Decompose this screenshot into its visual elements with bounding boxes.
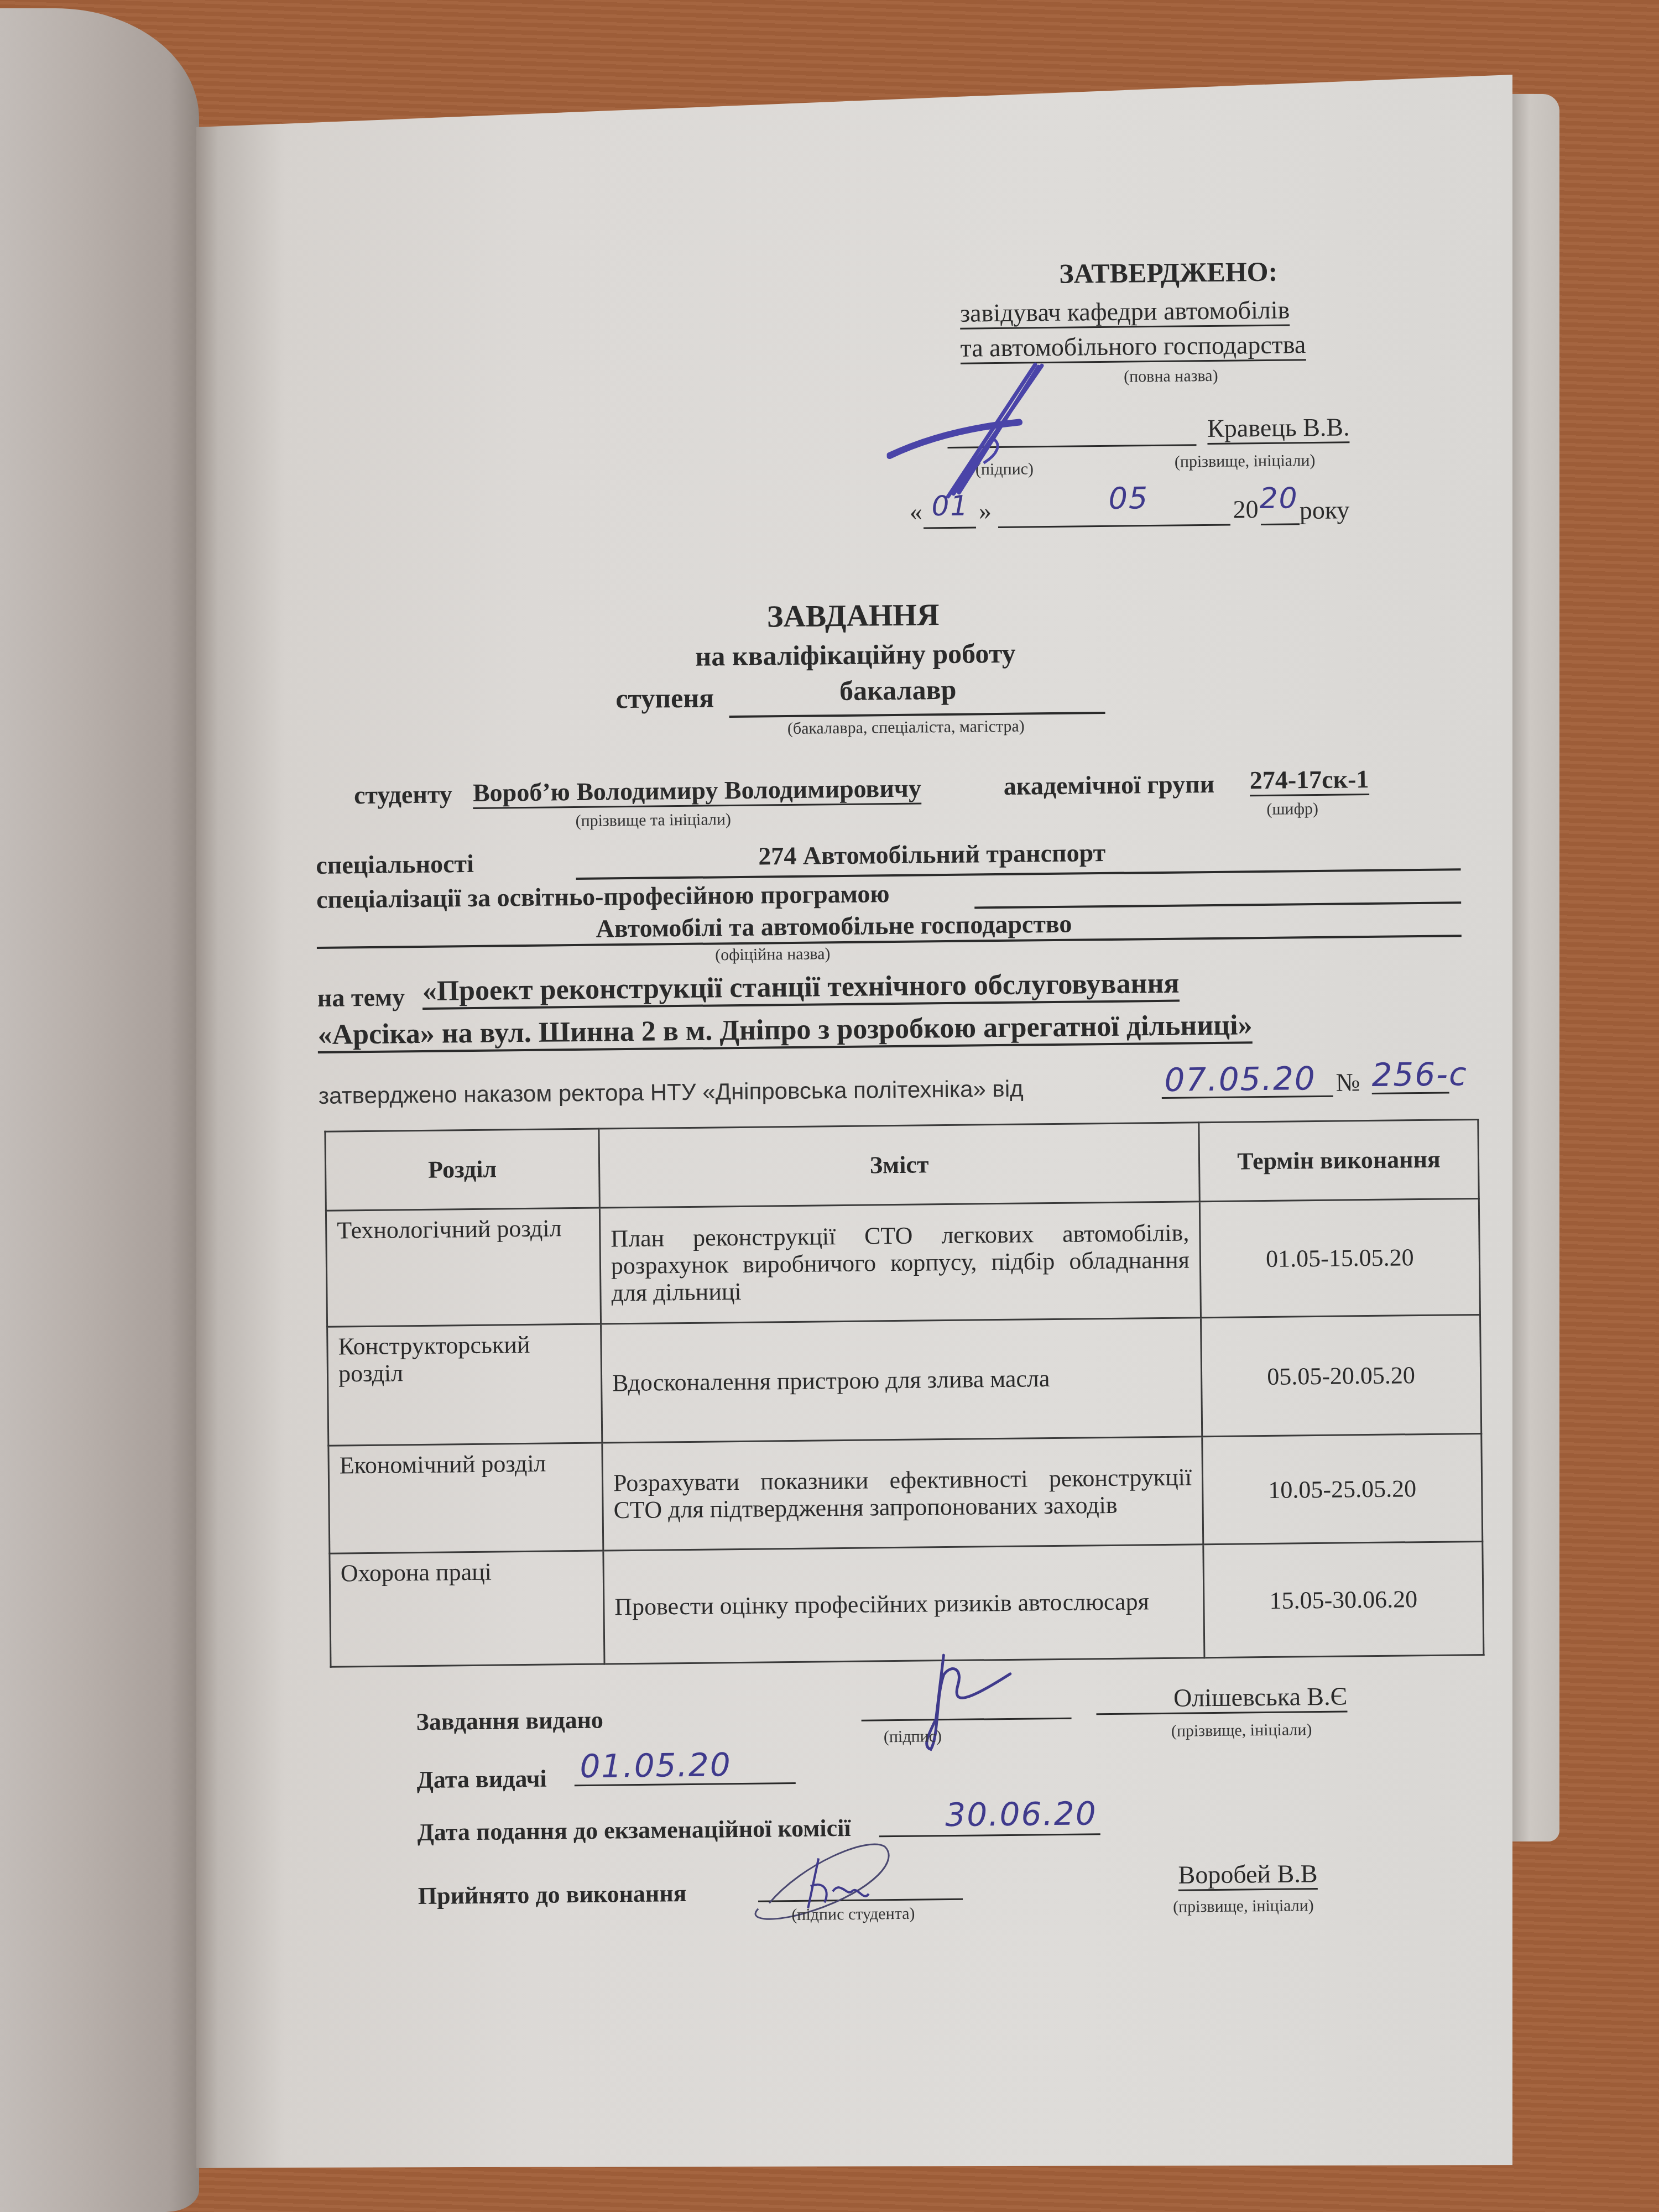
approval-month-line [998, 524, 1230, 528]
row-content: Провести оцінку професійних ризиків авто… [603, 1545, 1204, 1664]
specialty-label: спеціальності [316, 849, 474, 880]
row-content: Розрахувати показники ефективності рекон… [602, 1437, 1203, 1551]
approval-year-line [1261, 523, 1300, 525]
group-label: академічної групи [1004, 769, 1215, 801]
row-term: 10.05-25.05.20 [1202, 1433, 1483, 1544]
approval-date-open-quote: « [909, 497, 922, 526]
order-date[interactable]: 07.05.20 [1164, 1060, 1316, 1099]
group-caption: (шифр) [1266, 800, 1318, 819]
degree-caption: (бакалавра, спеціаліста, магістра) [787, 717, 1025, 738]
approval-day-line [924, 526, 976, 529]
specialization-value: Автомобілі та автомобільне господарство [596, 909, 1072, 943]
row-section: Технологічний розділ [326, 1208, 601, 1327]
document-title: ЗАВДАННЯ [766, 597, 939, 634]
head-of-department-signature-icon [886, 360, 1065, 500]
underlying-pages [1510, 94, 1559, 1841]
row-term: 15.05-30.06.20 [1203, 1541, 1484, 1657]
topic-line2: «Арсіка» на вул. Шинна 2 в м. Дніпро з р… [317, 1009, 1253, 1053]
group-code: 274-17ск-1 [1250, 764, 1369, 796]
row-section: Охорона праці [330, 1551, 604, 1667]
approval-position-caption: (повна назва) [1124, 367, 1218, 387]
row-section: Конструкторський розділ [327, 1324, 602, 1446]
accepted-name-caption: (прізвище, ініціали) [1173, 1896, 1314, 1917]
table-row: Економічний розділ Розрахувати показники… [328, 1433, 1483, 1553]
approval-date-month[interactable]: 05 [1108, 481, 1149, 516]
issued-name-caption: (прізвище, ініціали) [1171, 1720, 1312, 1741]
approval-date-close-quote: » [978, 496, 992, 525]
row-content: План реконструкції СТО легкових автомобі… [599, 1202, 1201, 1324]
table-row: Охорона праці Провести оцінку професійни… [330, 1541, 1484, 1667]
order-number-label: № [1335, 1067, 1360, 1097]
table-header-row: Розділ Зміст Термін виконання [325, 1119, 1479, 1211]
accepted-signature-caption: (підпис студента) [791, 1905, 915, 1924]
approval-name-caption: (прізвище, ініціали) [1175, 451, 1316, 472]
specialization-line-1 [974, 901, 1461, 909]
header-term: Термін виконання [1199, 1119, 1479, 1201]
approval-year-suffix[interactable]: 20 [1259, 482, 1298, 515]
approval-year-prefix: 20 [1233, 494, 1259, 524]
accepted-label: Прийнято до виконання [418, 1879, 687, 1910]
header-section: Розділ [325, 1129, 599, 1211]
specialization-caption: (офіційна назва) [715, 945, 831, 964]
approval-date-day[interactable]: 01 [931, 490, 969, 523]
table-row: Технологічний розділ План реконструкції … [326, 1198, 1480, 1327]
assignment-form: ЗАТВЕРДЖЕНО: завідувач кафедри автомобіл… [310, 253, 1489, 1980]
student-name-caption: (прізвище та ініціали) [575, 810, 731, 831]
issued-signature-caption: (підпис) [884, 1727, 942, 1746]
header-content: Зміст [599, 1123, 1199, 1208]
row-section: Економічний розділ [328, 1443, 603, 1553]
order-text: затверджено наказом ректора НТУ «Дніпров… [318, 1076, 1023, 1109]
row-term: 05.05-20.05.20 [1201, 1314, 1481, 1436]
approval-position-line2: та автомобільного господарства [960, 330, 1306, 364]
topic-label: на тему [317, 982, 405, 1013]
issue-date-label: Дата видачі [416, 1765, 546, 1794]
approval-position-line1: завідувач кафедри автомобілів [960, 295, 1290, 329]
document-subtitle: на кваліфікаційну роботу [695, 637, 1016, 672]
issue-date[interactable]: 01.05.20 [580, 1746, 732, 1785]
row-content: Вдосконалення пристрою для злива масла [601, 1318, 1202, 1443]
degree-value: бакалавр [839, 674, 957, 707]
approval-year-word: року [1299, 495, 1349, 525]
accepted-name: Воробей В.В [1178, 1859, 1317, 1891]
degree-line [729, 712, 1105, 718]
topic-line1: «Проект реконструкції станції технічного… [422, 967, 1179, 1010]
order-number[interactable]: 256-с [1371, 1055, 1468, 1094]
specialty-line [576, 868, 1461, 880]
submission-date-line [879, 1833, 1100, 1837]
specialty-value: 274 Автомобільний транспорт [758, 838, 1105, 871]
task-schedule-table: Розділ Зміст Термін виконання Технологіч… [324, 1119, 1484, 1668]
issued-label: Завдання видано [416, 1706, 603, 1736]
specialization-label: спеціалізації за освітньо-професійною пр… [316, 879, 890, 914]
left-page-curl [0, 8, 199, 2212]
degree-label: ступеня [615, 681, 714, 714]
issued-name: Олішевська В.Є [1096, 1681, 1347, 1715]
student-name: Вороб’ю Володимиру Володимировичу [473, 773, 921, 808]
approval-name: Кравець В.В. [1207, 412, 1350, 445]
row-term: 01.05-15.05.20 [1199, 1198, 1480, 1317]
table-row: Конструкторський розділ Вдосконалення пр… [327, 1314, 1481, 1446]
student-label: студенту [354, 779, 452, 810]
approval-heading: ЗАТВЕРДЖЕНО: [1059, 255, 1278, 290]
submission-date[interactable]: 30.06.20 [945, 1794, 1097, 1834]
